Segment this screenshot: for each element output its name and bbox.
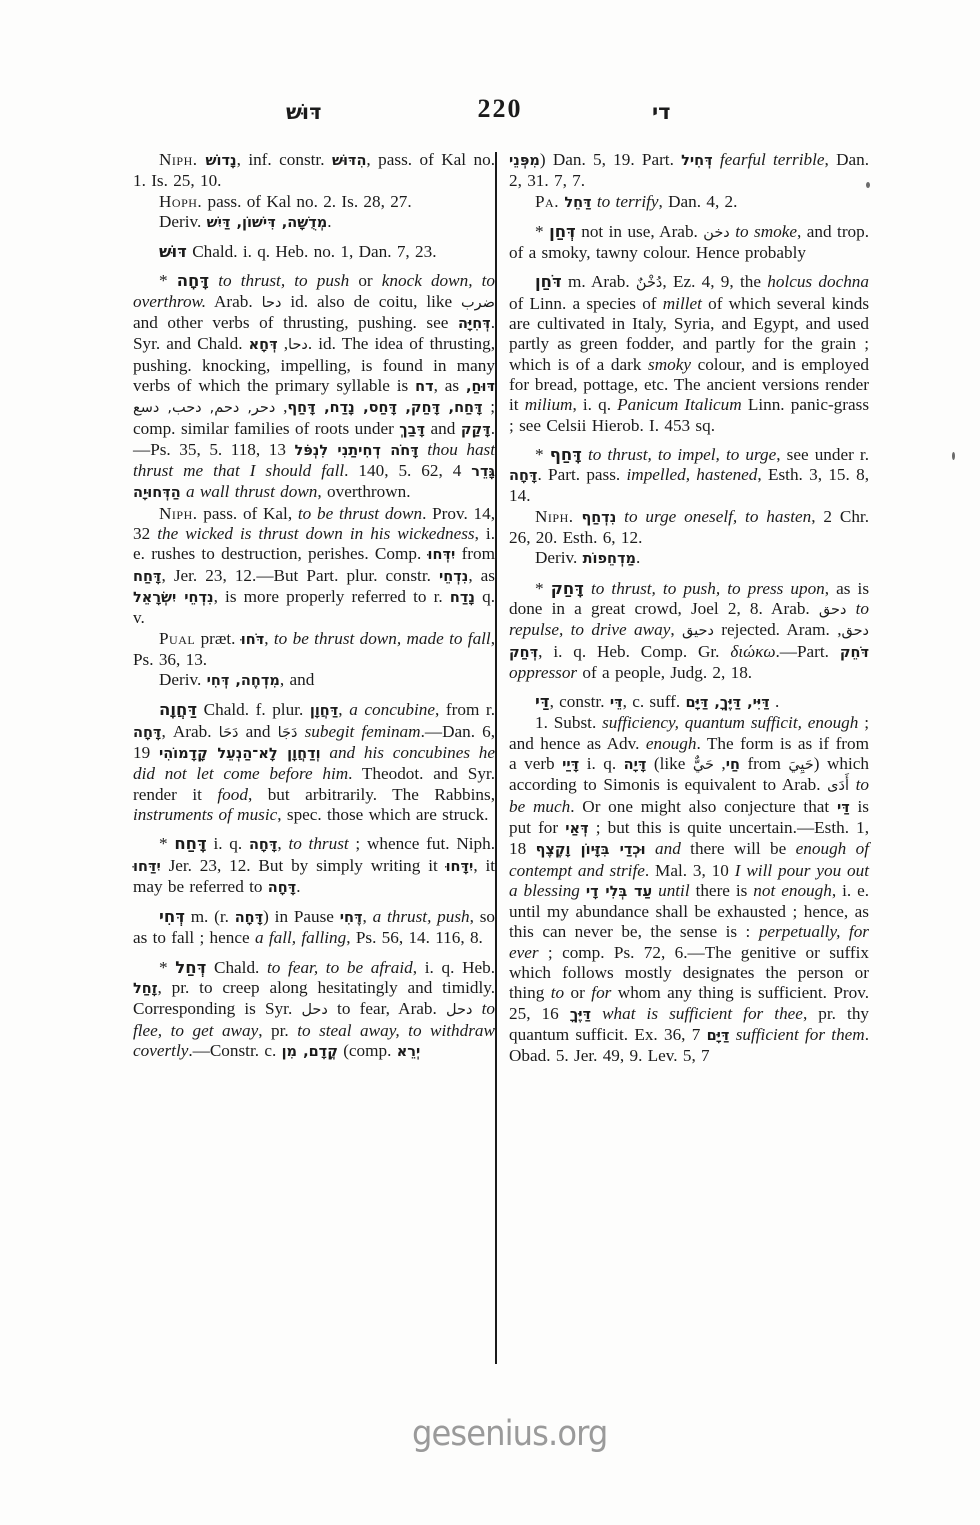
italic-gloss: impelled, hastened bbox=[627, 465, 758, 484]
text-segment bbox=[616, 507, 624, 526]
hebrew-text: יִדְּחוּ bbox=[428, 547, 456, 563]
hebrew-text: מִדְחֶה, דְּחִי bbox=[207, 673, 280, 689]
entry-paragraph: מִפְּנֵי) Dan. 5, 19. Part. דְּחִיל fear… bbox=[509, 150, 869, 192]
text-segment: . bbox=[296, 877, 300, 896]
text-segment: , Jer. 23, 12.—But Part. plur. constr. bbox=[161, 566, 439, 585]
column-divider bbox=[495, 152, 497, 1364]
text-segment bbox=[646, 839, 655, 858]
text-segment: , bbox=[277, 834, 288, 853]
text-segment bbox=[297, 722, 304, 741]
hebrew-text: חַי bbox=[726, 757, 740, 773]
hebrew-text: דְּחִיָּה bbox=[458, 316, 491, 332]
italic-gloss: to thrust, to push bbox=[218, 271, 349, 290]
italic-gloss: oppressor bbox=[509, 663, 577, 682]
text-segment bbox=[419, 440, 428, 459]
text-segment: , constr. bbox=[550, 692, 610, 711]
hebrew-text: עַד בְּלִי דָי bbox=[586, 884, 652, 900]
italic-gloss: smoky bbox=[648, 355, 691, 374]
italic-gloss: to fear, to be afraid bbox=[267, 958, 413, 977]
arabic-text: حَيٌّ bbox=[693, 757, 714, 773]
hebrew-text: דָּיַי bbox=[562, 757, 579, 773]
text-segment: , bbox=[275, 397, 287, 416]
text-segment: , bbox=[714, 754, 726, 773]
hebrew-headword: דַּי bbox=[535, 692, 550, 711]
entry-paragraph: דְּחִי m. (r. דָּחָה) in Pause דֶּחִי, a… bbox=[133, 907, 495, 949]
hebrew-headword: דֹּחַן bbox=[535, 272, 562, 291]
text-segment: , overthrown. bbox=[317, 482, 410, 501]
italic-gloss: to thrust, to impel, to urge bbox=[588, 445, 776, 464]
text-segment: , c. suff. bbox=[623, 692, 686, 711]
text-segment: id. also de coitu, like bbox=[281, 292, 461, 311]
text-segment: Deriv. bbox=[159, 670, 207, 689]
hebrew-text: דְּחָא bbox=[249, 337, 278, 353]
arabic-text: دخن bbox=[703, 225, 729, 241]
text-segment: ) in Pause bbox=[263, 907, 340, 926]
arabic-text: دحا bbox=[288, 337, 308, 353]
hebrew-text: דֹּחֵק bbox=[840, 645, 869, 661]
text-segment bbox=[713, 150, 720, 169]
entry-paragraph: Niph. נָדוֹשׁ, inf. constr. הִדּוּשׁ, pa… bbox=[133, 150, 495, 192]
smallcaps-label: Pual bbox=[159, 629, 195, 648]
text-segment: or bbox=[564, 983, 591, 1002]
text-segment: , bbox=[338, 700, 349, 719]
text-segment: Arab. bbox=[206, 292, 262, 311]
text-segment: . bbox=[636, 548, 640, 567]
text-segment: , and bbox=[280, 670, 314, 689]
text-segment: , bbox=[264, 629, 274, 648]
hebrew-text: דָּחָה bbox=[133, 725, 161, 741]
text-segment: . bbox=[770, 692, 780, 711]
text-segment bbox=[209, 271, 218, 290]
hebrew-text: דח bbox=[415, 379, 434, 395]
italic-gloss: milium bbox=[525, 395, 573, 414]
hebrew-text: וְדַחֲוָן לָא־הַנְעֵל קָדָמוֹהִי bbox=[159, 746, 321, 762]
text-segment bbox=[584, 579, 591, 598]
hebrew-text: מִפְּנֵי bbox=[509, 153, 540, 169]
hebrew-text: מַדְחֵפוֹת bbox=[583, 551, 636, 567]
smallcaps-label: Niph. bbox=[159, 150, 206, 169]
hebrew-text: דָּחָה bbox=[235, 910, 263, 926]
text-segment: * bbox=[159, 271, 177, 290]
smallcaps-label: Pa. bbox=[535, 192, 559, 211]
text-segment: præt. bbox=[195, 629, 241, 648]
hebrew-text: דָּחָה bbox=[509, 468, 537, 484]
text-segment: , Ps. 56, 14. 116, 8. bbox=[346, 928, 483, 947]
text-segment: m. (r. bbox=[185, 907, 235, 926]
text-segment: * bbox=[535, 445, 550, 464]
entry-paragraph: * דְּחַן not in use, Arab. دخن to smoke,… bbox=[509, 222, 869, 264]
entry-paragraph: דּוּשׁ Chald. i. q. Heb. no. 1, Dan. 7, … bbox=[133, 242, 495, 262]
text-segment: there is bbox=[690, 881, 754, 900]
arabic-text: دُخْنٌ bbox=[636, 275, 662, 291]
hebrew-text: דַּי bbox=[837, 800, 850, 816]
arabic-text: دَحَا bbox=[219, 725, 239, 741]
hebrew-text: דַּיֶּךָ bbox=[570, 1007, 591, 1023]
arabic-text: دحق bbox=[841, 623, 869, 639]
arabic-text: دحل bbox=[446, 1002, 472, 1018]
text-segment: Deriv. bbox=[535, 548, 583, 567]
entry-paragraph: * דָּחַח i. q. דָּחָה, to thrust ; whenc… bbox=[133, 834, 495, 898]
hebrew-text: נִדְחַף bbox=[581, 510, 616, 526]
entry-paragraph: Pual præt. דֹּחוּ, to be thrust down, ma… bbox=[133, 629, 495, 671]
text-segment: (comp. bbox=[338, 1041, 397, 1060]
hebrew-text: דָּחֹה דְחִיתַנִי לִנְפֹּל bbox=[294, 443, 418, 459]
text-segment: or bbox=[349, 271, 382, 290]
italic-gloss: instruments of music bbox=[133, 805, 277, 824]
text-segment: * bbox=[159, 834, 174, 853]
text-segment: , Ez. 4, 9, the bbox=[662, 272, 767, 291]
text-segment: .—Part. bbox=[776, 642, 840, 661]
text-segment: , from r. bbox=[435, 700, 495, 719]
italic-gloss: not enough bbox=[753, 881, 832, 900]
arabic-text: دحر, دحم, دحب, دسع bbox=[133, 400, 275, 416]
italic-gloss: a concubine bbox=[349, 700, 435, 719]
entry-paragraph: דֹּחַן m. Arab. دُخْنٌ, Ez. 4, 9, the ho… bbox=[509, 272, 869, 435]
entry-paragraph: * דְּחַל Chald. to fear, to be afraid, i… bbox=[133, 958, 495, 1062]
text-segment: , i. q. bbox=[572, 395, 617, 414]
hebrew-headword: דָּחָה bbox=[177, 271, 209, 290]
italic-gloss: a wall thrust down bbox=[186, 482, 317, 501]
hebrew-headword: דַּחֲוָה bbox=[159, 700, 197, 719]
italic-gloss: to thrust, to push, to press upon bbox=[591, 579, 825, 598]
hebrew-text: הִדּוּשׁ bbox=[332, 153, 366, 169]
hebrew-text: נִדְחֵי bbox=[439, 569, 468, 585]
hebrew-headword: דְּחִי bbox=[159, 907, 185, 926]
hebrew-text: דְּאַי bbox=[565, 821, 588, 837]
arabic-text: دحا bbox=[262, 295, 282, 311]
italic-gloss: the wicked is thrust down in his wickedn… bbox=[157, 524, 474, 543]
text-segment: Chald. i. q. Heb. no. 1, Dan. 7, 23. bbox=[187, 242, 437, 261]
hebrew-text: דֵּי bbox=[610, 695, 623, 711]
text-segment: . bbox=[327, 212, 331, 231]
italic-gloss: to be thrust down bbox=[298, 504, 422, 523]
entry-paragraph: Hoph. pass. of Kal no. 2. Is. 28, 27. bbox=[133, 192, 495, 212]
hebrew-text: דֹּחוּ bbox=[241, 632, 264, 648]
text-segment: .—Constr. c. bbox=[188, 1041, 281, 1060]
text-segment: . Mal. 3, 10 bbox=[645, 861, 735, 880]
italic-gloss: to thrust bbox=[288, 834, 348, 853]
text-segment: , is more properly referred to r. bbox=[214, 587, 450, 606]
italic-gloss: for bbox=[591, 983, 611, 1002]
hebrew-text: יִדַּחוּ bbox=[133, 859, 161, 875]
text-segment: , i. q. Heb. Comp. Gr. bbox=[538, 642, 730, 661]
text-segment: . Or one might also conjecture that bbox=[570, 797, 837, 816]
italic-gloss: to be thrust down, made to fall bbox=[274, 629, 491, 648]
hebrew-text: דָּיָה bbox=[624, 757, 647, 773]
entry-paragraph: Niph. נִדְחַף to urge oneself, to hasten… bbox=[509, 507, 869, 549]
italic-gloss: a fall, falling bbox=[255, 928, 346, 947]
italic-gloss: millet bbox=[663, 294, 702, 313]
italic-gloss: sufficiency, quantum sufficit, enough bbox=[602, 713, 858, 732]
text-segment: i. q. bbox=[579, 754, 623, 773]
scan-speck bbox=[866, 182, 870, 188]
hebrew-text: זָחַל bbox=[133, 981, 158, 997]
text-segment: . Part. pass. bbox=[537, 465, 626, 484]
hebrew-text: נִדְחֵי יִשְׂרָאֵל bbox=[133, 590, 214, 606]
italic-gloss: what is sufficient for thee bbox=[602, 1004, 803, 1023]
entry-paragraph: 1. Subst. sufficiency, quantum sufficit,… bbox=[509, 713, 869, 1066]
text-segment: pass. of Kal, bbox=[198, 504, 298, 523]
text-segment: , Dan. 4, 2. bbox=[659, 192, 738, 211]
hebrew-headword: דּוּשׁ bbox=[159, 242, 187, 261]
running-head-right-word: די bbox=[652, 100, 671, 124]
text-segment: (like bbox=[646, 754, 692, 773]
hebrew-text: דָּחַח bbox=[133, 569, 161, 585]
smallcaps-label: Niph. bbox=[535, 507, 574, 526]
text-segment: Jer. 23, 12. But by simply writing it bbox=[161, 856, 446, 875]
italic-gloss: until bbox=[658, 881, 690, 900]
hebrew-text: קֳדָם, מִן bbox=[282, 1044, 338, 1060]
text-segment: from bbox=[740, 754, 788, 773]
text-segment: of a people, Judg. 2, 18. bbox=[577, 663, 752, 682]
hebrew-headword: דְּחַל bbox=[175, 958, 206, 977]
hebrew-headword: דָּחַח bbox=[174, 834, 206, 853]
italic-gloss: food bbox=[217, 785, 248, 804]
italic-gloss: enough bbox=[646, 734, 697, 753]
arabic-text: حَيِيَ bbox=[788, 757, 813, 773]
hebrew-text: יִדָּחוּ bbox=[446, 859, 474, 875]
hebrew-text: דָּבַךְ bbox=[399, 422, 425, 438]
text-segment: , bbox=[670, 620, 682, 639]
text-segment bbox=[472, 999, 481, 1018]
text-segment: . 140, 5. 62, 4 bbox=[344, 461, 471, 480]
text-segment: and bbox=[425, 419, 461, 438]
entry-paragraph: דַּי, constr. דֵּי, c. suff. דַּיִּי, דַ… bbox=[509, 692, 869, 713]
entry-paragraph: Deriv. מַדְחֵפוֹת. bbox=[509, 548, 869, 569]
text-segment: , bbox=[278, 334, 288, 353]
text-segment: , bbox=[362, 907, 372, 926]
hebrew-text: דַּחֵל bbox=[564, 195, 591, 211]
text-segment: to fear, Arab. bbox=[328, 999, 446, 1018]
text-segment: , pr. bbox=[258, 1021, 297, 1040]
text-segment: not in use, Arab. bbox=[576, 222, 704, 241]
text-segment: , as bbox=[434, 376, 466, 395]
hebrew-text: נָדוֹשׁ bbox=[206, 153, 237, 169]
text-segment: Chald. bbox=[206, 958, 267, 977]
text-segment: pass. of Kal no. 2. Is. 28, 27. bbox=[202, 192, 411, 211]
text-segment: , spec. those which are struck. bbox=[277, 805, 488, 824]
italic-gloss: to smoke bbox=[735, 222, 797, 241]
entry-paragraph: Niph. pass. of Kal, to be thrust down. P… bbox=[133, 504, 495, 629]
text-segment: rejected. Aram. bbox=[714, 620, 837, 639]
entry-paragraph: * דָּחַק to thrust, to push, to press up… bbox=[509, 579, 869, 683]
text-segment: and bbox=[239, 722, 278, 741]
text-segment: * bbox=[159, 958, 175, 977]
text-segment: m. Arab. bbox=[562, 272, 636, 291]
arabic-text: دحيق bbox=[682, 623, 714, 639]
running-header: דּוּשׁ 220 די bbox=[0, 94, 980, 134]
text-segment: , i. q. Heb. bbox=[413, 958, 495, 977]
italic-gloss: fearful terrible bbox=[720, 150, 825, 169]
hebrew-text: דָּחָה bbox=[249, 837, 277, 853]
italic-gloss: a thrust, push bbox=[373, 907, 470, 926]
arabic-text: أَدَى bbox=[827, 778, 849, 794]
text-segment: , Arab. bbox=[161, 722, 218, 741]
hebrew-text: דַּיִּי, דַּיֶּךָ, דַּיָּם bbox=[685, 695, 769, 711]
text-segment bbox=[849, 775, 856, 794]
scan-speck bbox=[952, 452, 955, 460]
smallcaps-label: Niph. bbox=[159, 504, 198, 523]
text-segment: from bbox=[455, 544, 495, 563]
text-segment: , as bbox=[468, 566, 495, 585]
hebrew-headword: דָּחַק bbox=[551, 579, 584, 598]
right-column: מִפְּנֵי) Dan. 5, 19. Part. דְּחִיל fear… bbox=[509, 150, 869, 1066]
hebrew-text: נָדַח bbox=[450, 590, 475, 606]
text-segment: * bbox=[535, 222, 549, 241]
text-segment: of Linn. a species of bbox=[509, 294, 663, 313]
text-segment: ; whence fut. Niph. bbox=[349, 834, 495, 853]
hebrew-headword: דָּחַף bbox=[550, 445, 582, 464]
italic-gloss: to urge oneself, to hasten bbox=[624, 507, 811, 526]
hebrew-text: דֶּחִי bbox=[340, 910, 363, 926]
hebrew-text: יְרֵא bbox=[397, 1044, 421, 1060]
text-segment: Deriv. bbox=[159, 212, 207, 231]
arabic-text: ضرب bbox=[461, 295, 495, 311]
italic-gloss: to bbox=[551, 983, 564, 1002]
arabic-text: دحل bbox=[301, 1002, 327, 1018]
entry-paragraph: Deriv. מְדֻשָּׁה, דִּישׁוֹן, דַּיִשׁ. bbox=[133, 212, 495, 233]
hebrew-text: וּכְדַי בִּזָּיוֹן וָקֶצֶף bbox=[536, 842, 646, 858]
arabic-text: دَجَا bbox=[278, 725, 298, 741]
text-segment: , but arbitrarily. The Rabbins, bbox=[248, 785, 495, 804]
text-segment: i. q. bbox=[207, 834, 249, 853]
text-segment bbox=[591, 1004, 602, 1023]
text-segment: * bbox=[535, 579, 551, 598]
smallcaps-label: Hoph. bbox=[159, 192, 202, 211]
entry-paragraph: דַּחֲוָה Chald. f. plur. דַּחֲוָן, a con… bbox=[133, 700, 495, 825]
text-segment bbox=[846, 599, 855, 618]
italic-gloss: subegit feminam bbox=[305, 722, 421, 741]
italic-gloss: to terrify bbox=[597, 192, 659, 211]
italic-gloss: sufficient for them bbox=[736, 1025, 865, 1044]
page-number: 220 bbox=[440, 94, 560, 124]
left-column: Niph. נָדוֹשׁ, inf. constr. הִדּוּשׁ, pa… bbox=[133, 150, 495, 1062]
hebrew-text: דְּחַק bbox=[509, 645, 538, 661]
hebrew-text: דָּחָה bbox=[268, 880, 296, 896]
greek-text: διώκω bbox=[730, 642, 775, 661]
italic-gloss: holcus dochna bbox=[767, 272, 869, 291]
hebrew-text: דַּיָּם bbox=[707, 1028, 730, 1044]
entry-paragraph: Deriv. מִדְחֶה, דְּחִי, and bbox=[133, 670, 495, 691]
hebrew-text: דָּקַק bbox=[461, 422, 491, 438]
text-segment: , see under r. bbox=[776, 445, 869, 464]
text-segment: Chald. f. plur. bbox=[197, 700, 310, 719]
entry-paragraph: Pa. דַּחֵל to terrify, Dan. 4, 2. bbox=[509, 192, 869, 213]
hebrew-text: מְדֻשָּׁה, דִּישׁוֹן, דַּיִשׁ bbox=[207, 215, 328, 231]
running-head-left-word: דּוּשׁ bbox=[286, 100, 321, 124]
arabic-text: دحق bbox=[819, 602, 847, 618]
italic-gloss: Panicum Italicum bbox=[617, 395, 742, 414]
hebrew-text: דְּחִיל bbox=[681, 153, 713, 169]
entry-paragraph: * דָּחַף to thrust, to impel, to urge, s… bbox=[509, 445, 869, 507]
text-segment: ) Dan. 5, 19. Part. bbox=[540, 150, 681, 169]
hebrew-headword: דְּחַן bbox=[549, 222, 576, 241]
hebrew-text: דַּחֲוָן bbox=[310, 703, 338, 719]
text-segment: , inf. constr. bbox=[237, 150, 332, 169]
italic-gloss: and bbox=[655, 839, 681, 858]
text-segment: there will be bbox=[681, 839, 796, 858]
entry-paragraph: * דָּחָה to thrust, to push or knock dow… bbox=[133, 271, 495, 503]
text-segment: and other verbs of thrusting, pushing. s… bbox=[133, 313, 458, 332]
scanned-page: דּוּשׁ 220 די Niph. נָדוֹשׁ, inf. constr… bbox=[0, 0, 980, 1525]
watermark: gesenius.org bbox=[412, 1414, 607, 1454]
text-segment: 1. Subst. bbox=[535, 713, 602, 732]
